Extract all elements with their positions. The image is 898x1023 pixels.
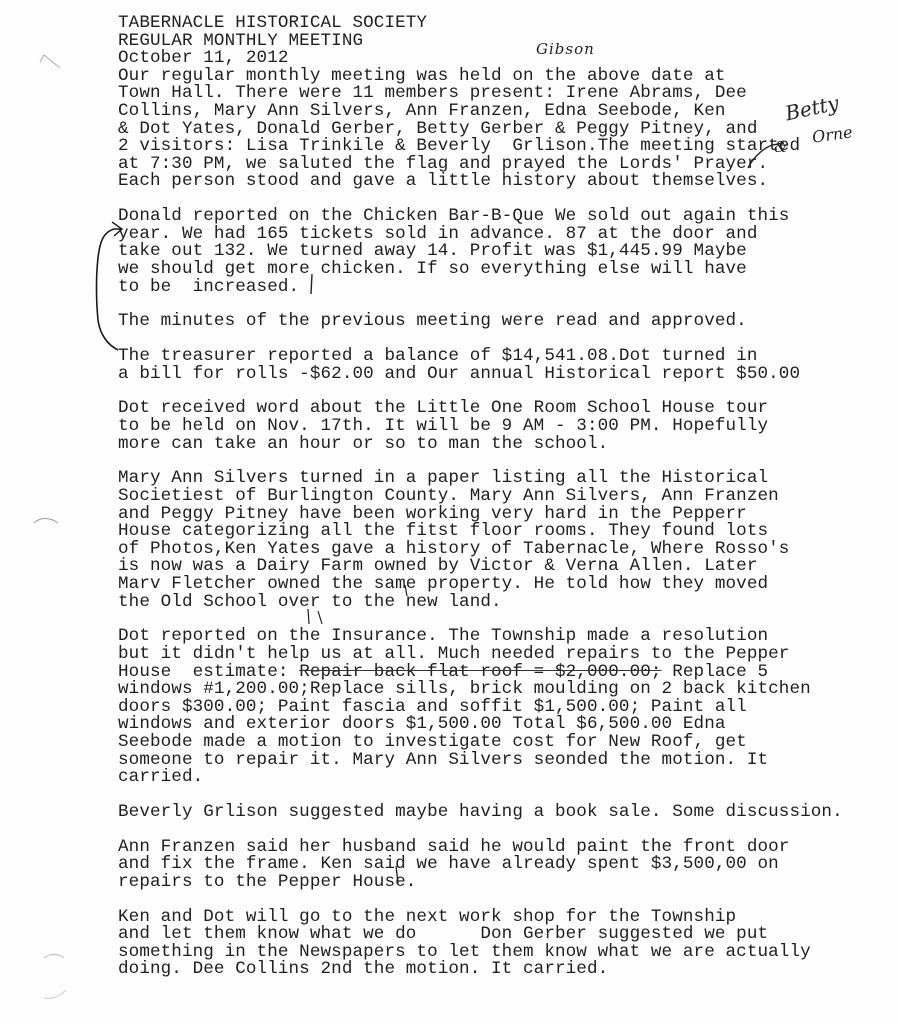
paragraph-chicken-bbq: Donald reported on the Chicken Bar-B-Que… [118,208,888,296]
margin-mark-icon [44,954,64,958]
text-line: Collins, Mary Ann Silvers, Ann Franzen, … [118,103,888,121]
paragraph-front-door: Ann Franzen said her husband said he wou… [118,839,888,892]
document-body: Our regular monthly meeting was held on … [118,68,888,979]
text-line: The minutes of the previous meeting were… [118,313,888,331]
text-line: more can take an hour or so to man the s… [118,436,888,454]
document-header: TABERNACLE HISTORICAL SOCIETY REGULAR MO… [118,15,888,68]
text-line: repairs to the Pepper House. [118,874,888,892]
text-line: someone to repair it. Mary Ann Silvers s… [118,752,888,770]
text-line: Marv Fletcher owned the same property. H… [118,576,888,594]
margin-mark-icon [40,55,60,68]
handwritten-note-gibson: Gibson [536,40,595,58]
paragraph-treasurer: The treasurer reported a balance of $14,… [118,348,888,383]
margin-mark-icon [34,519,58,524]
handwritten-ampersand: & [774,138,787,156]
text-line: Each person stood and gave a little hist… [118,173,888,191]
text-line: carried. [118,769,888,787]
text-line: to be increased. [118,279,888,297]
text-line: to be held on Nov. 17th. It will be 9 AM… [118,418,888,436]
text-line: doing. Dee Collins 2nd the motion. It ca… [118,961,888,979]
paragraph-book-sale: Beverly Grlison suggested maybe having a… [118,804,888,822]
paragraph-insurance: Dot reported on the Insurance. The Towns… [118,628,888,786]
text-line: Beverly Grlison suggested maybe having a… [118,804,888,822]
meeting-minutes-document: TABERNACLE HISTORICAL SOCIETY REGULAR MO… [118,15,888,979]
paragraph-history: Mary Ann Silvers turned in a paper listi… [118,470,888,611]
paragraph-workshop: Ken and Dot will go to the next work sho… [118,909,888,979]
organization-name: TABERNACLE HISTORICAL SOCIETY [118,15,888,33]
paragraph-school-tour: Dot received word about the Little One R… [118,400,888,453]
text-line: a bill for rolls -$62.00 and Our annual … [118,366,888,384]
margin-mark-icon [44,990,66,999]
paragraph-minutes: The minutes of the previous meeting were… [118,313,888,331]
paragraph-attendance: Our regular monthly meeting was held on … [118,68,888,191]
text-line: we should get more chicken. If so everyt… [118,261,888,279]
scanned-page: TABERNACLE HISTORICAL SOCIETY REGULAR MO… [0,0,898,1023]
text-line: Societiest of Burlington County. Mary An… [118,488,888,506]
text-line: the Old School over to the new land. [118,594,888,612]
text-line: Seebode made a motion to investigate cos… [118,734,888,752]
